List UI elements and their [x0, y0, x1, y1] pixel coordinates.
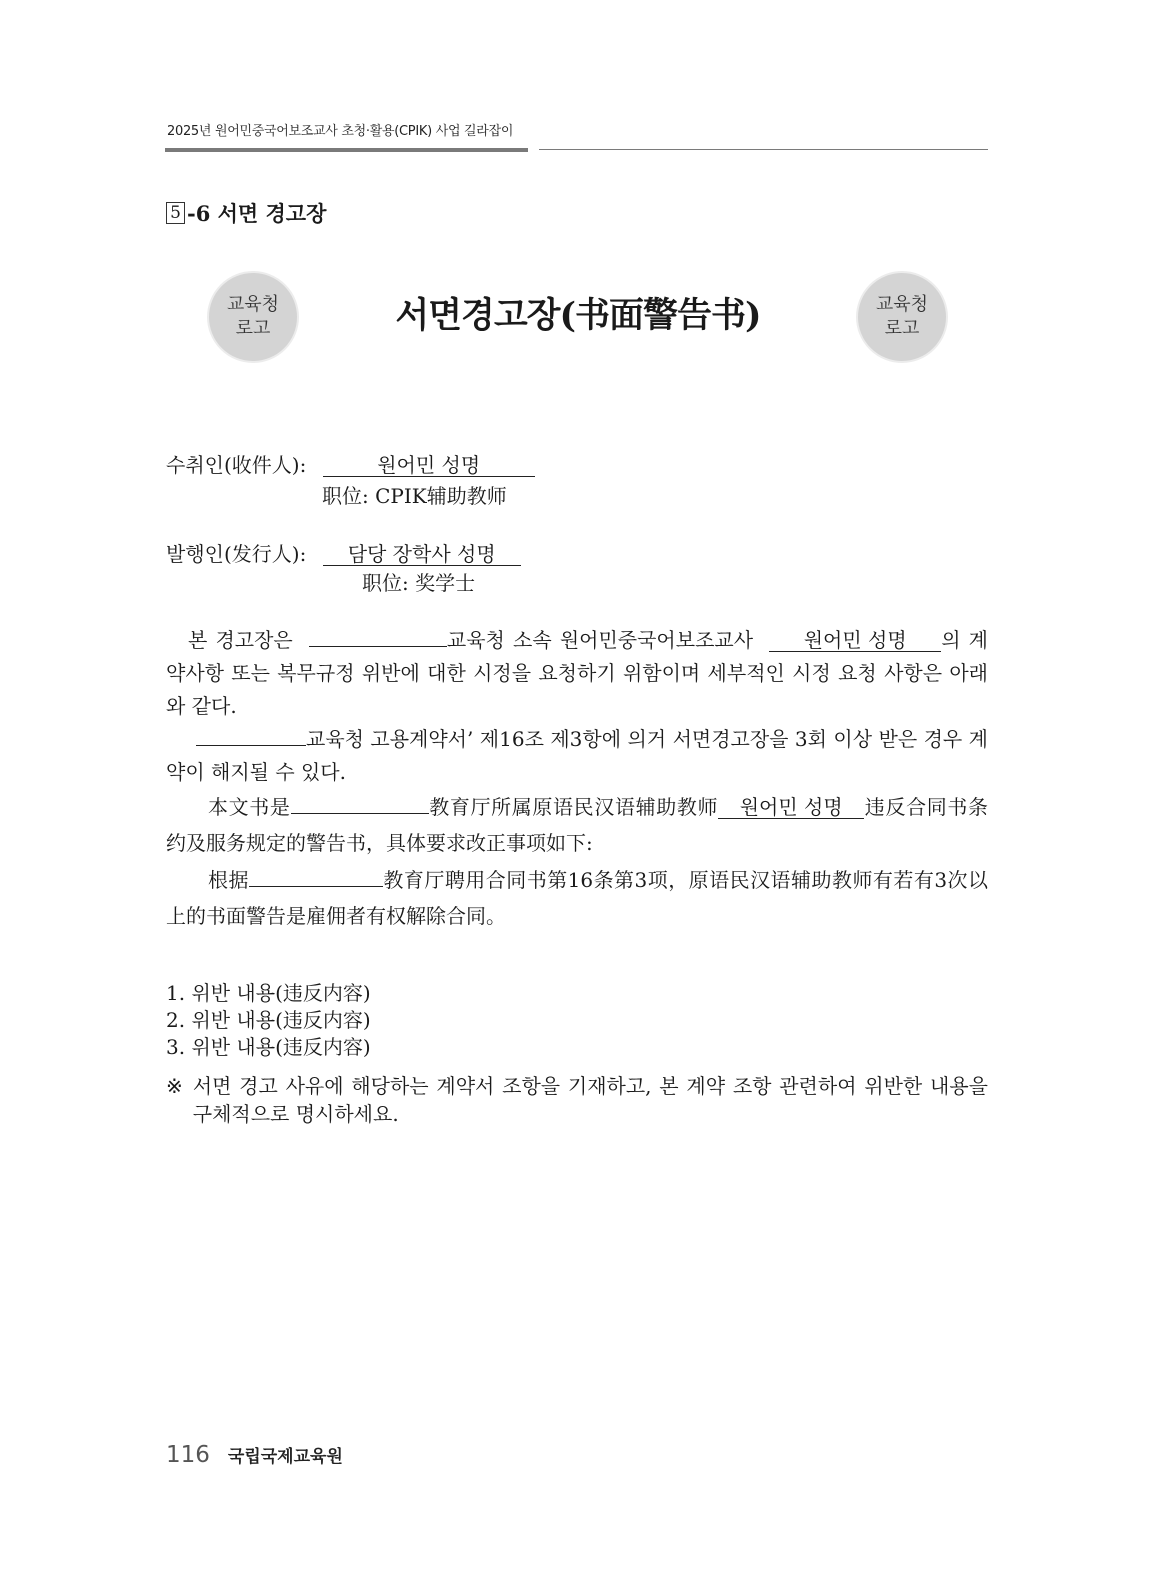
- body-korean-p2: 교육청 고용계약서’ 제16조 제3항에 의거 서면경고장을 3회 이상 받은 …: [166, 723, 988, 789]
- list-item: 2. 위반 내용(违反内容): [166, 1007, 371, 1034]
- recipient-position: 职位: CPIK辅助教师: [322, 480, 507, 509]
- recipient-label: 수취인(收件人):: [166, 453, 306, 477]
- recipient-name: 원어민 성명: [323, 454, 535, 477]
- office-logo-left: 교육청 로고: [207, 271, 299, 363]
- document-title: 서면경고장(书面警告书): [300, 288, 856, 338]
- text: 교육청 소속 원어민중국어보조교사: [447, 628, 753, 652]
- page-number: 116: [166, 1442, 210, 1468]
- body-chinese-p2: 根据教育厅聘用合同书第16条第3项，原语民汉语辅助教师有若有3次以上的书面警告是…: [166, 862, 988, 934]
- logo-text-line2: 로고: [885, 317, 920, 341]
- text: 본 경고장은: [166, 628, 293, 652]
- violations-list: 1. 위반 내용(违反内容) 2. 위반 내용(违反内容) 3. 위반 내용(违…: [166, 980, 371, 1061]
- text: 의: [941, 628, 960, 652]
- section-number-box: 5: [166, 202, 185, 224]
- blank-office: [249, 868, 383, 887]
- page-footer: 116 국립국제교육원: [166, 1442, 343, 1468]
- recipient-row: 수취인(收件人): 원어민 성명: [166, 449, 535, 478]
- issuer-label: 발행인(发行人):: [166, 542, 306, 566]
- teacher-name: 원어민 성명: [718, 796, 864, 819]
- logo-text-line1: 교육청: [227, 293, 279, 317]
- text: 根据: [166, 868, 249, 892]
- logo-text-line2: 로고: [236, 317, 271, 341]
- organization-name: 국립국제교육원: [228, 1442, 343, 1467]
- list-item: 3. 위반 내용(违反内容): [166, 1034, 371, 1061]
- issuer-row: 발행인(发行人): 담당 장학사 성명: [166, 538, 521, 567]
- issuer-name: 담당 장학사 성명: [323, 543, 521, 566]
- section-title-text: -6 서면 경고장: [187, 198, 326, 228]
- body-korean-p1: 본 경고장은 교육청 소속 원어민중국어보조교사 원어민 성명의 계약사항 또는…: [166, 624, 988, 723]
- blank-office: [196, 727, 306, 746]
- issuer-position: 职位: 奖学士: [362, 567, 475, 596]
- blank-office: [291, 795, 429, 814]
- blank-office: [309, 628, 447, 647]
- body-chinese-p1: 本文书是教育厅所属原语民汉语辅助教师원어민 성명违反合同书条约及服务规定的警告书…: [166, 789, 988, 861]
- note-text: 서면 경고 사유에 해당하는 계약서 조항을 기재하고, 본 계약 조항 관련하…: [193, 1072, 988, 1128]
- note-mark: ※: [166, 1072, 183, 1128]
- list-item: 1. 위반 내용(违反内容): [166, 980, 371, 1007]
- section-title: 5 -6 서면 경고장: [166, 198, 326, 228]
- teacher-name: 원어민 성명: [769, 629, 941, 652]
- running-header: 2025년 원어민중국어보조교사 초청·활용(CPIK) 사업 길라잡이: [167, 120, 513, 139]
- header-rule-thick: [165, 148, 528, 152]
- text: 本文书是: [166, 795, 291, 819]
- office-logo-right: 교육청 로고: [856, 271, 948, 363]
- text: 教育厅所属原语民汉语辅助教师: [429, 795, 719, 819]
- header-rule-thin: [539, 149, 988, 150]
- logo-text-line1: 교육청: [876, 293, 928, 317]
- instruction-note: ※ 서면 경고 사유에 해당하는 계약서 조항을 기재하고, 본 계약 조항 관…: [166, 1072, 988, 1128]
